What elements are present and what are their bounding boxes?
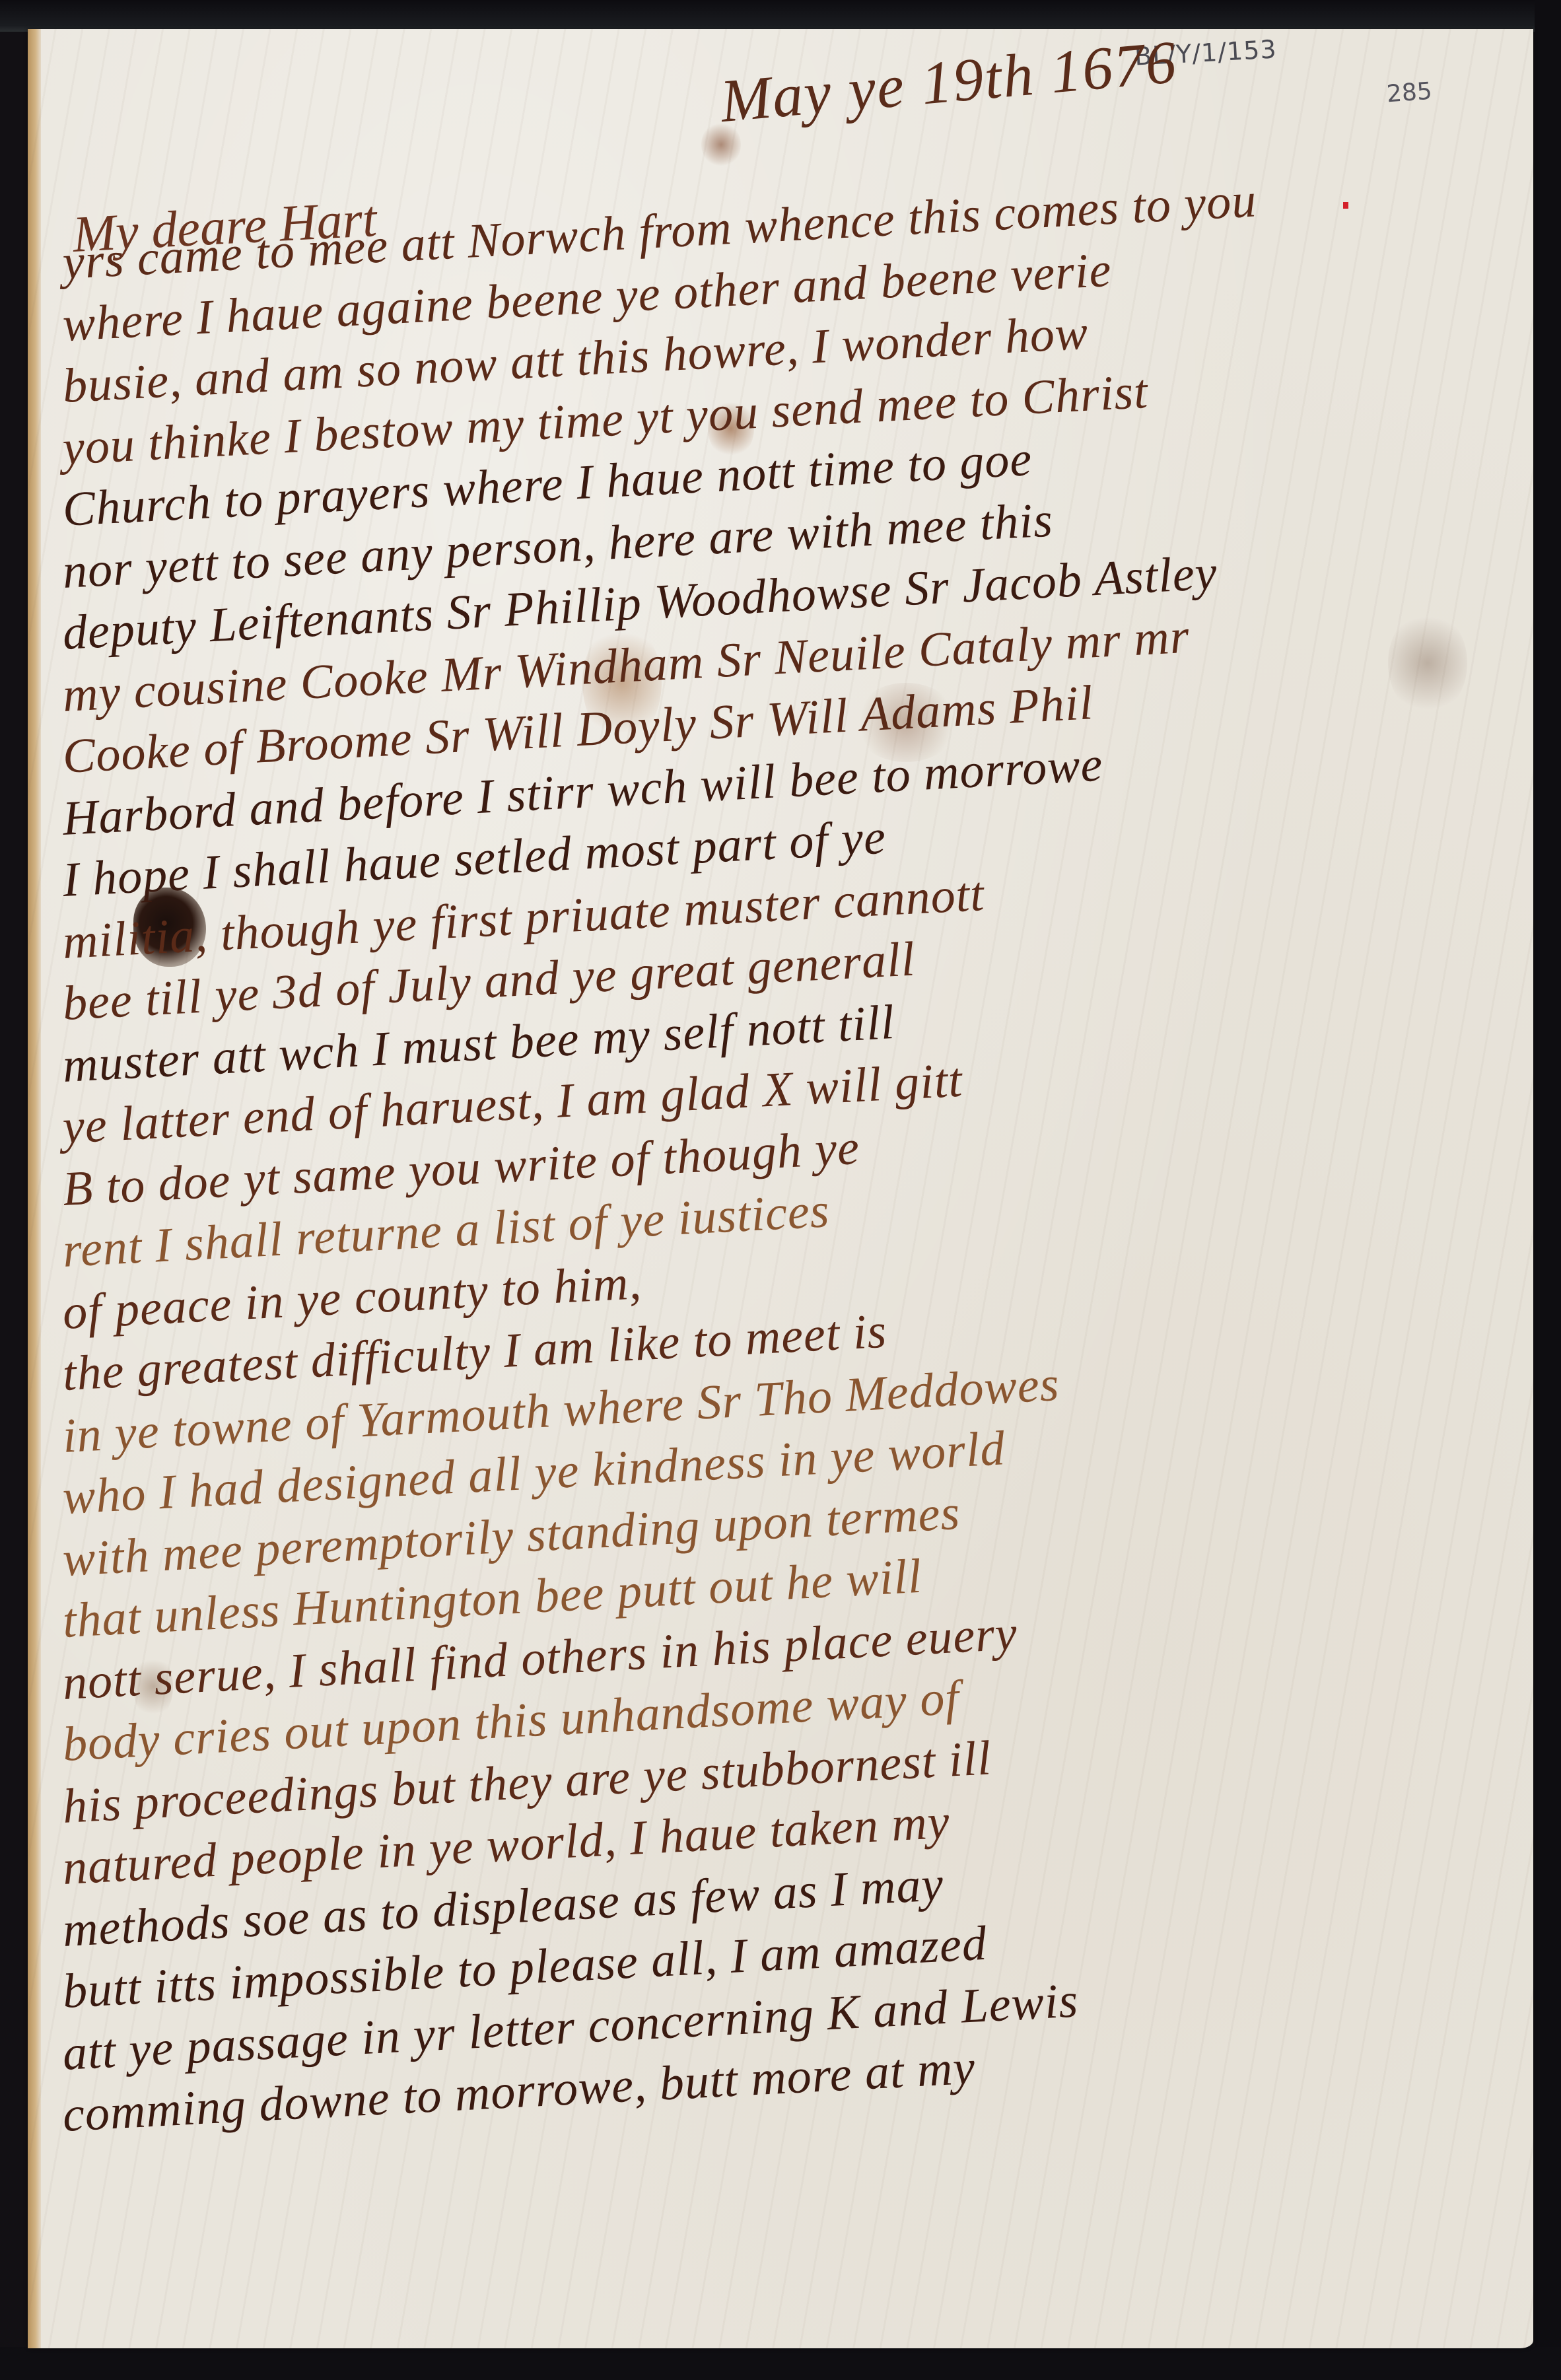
paper-edge	[28, 29, 41, 2348]
letter-body: yrs came to mee att Norwch from whence t…	[63, 232, 1535, 2147]
dark-backdrop-top	[0, 0, 1561, 32]
dark-backdrop-bottom	[0, 2347, 1561, 2380]
folio-number: 285	[1386, 78, 1433, 108]
dark-backdrop-right	[1535, 0, 1561, 2380]
